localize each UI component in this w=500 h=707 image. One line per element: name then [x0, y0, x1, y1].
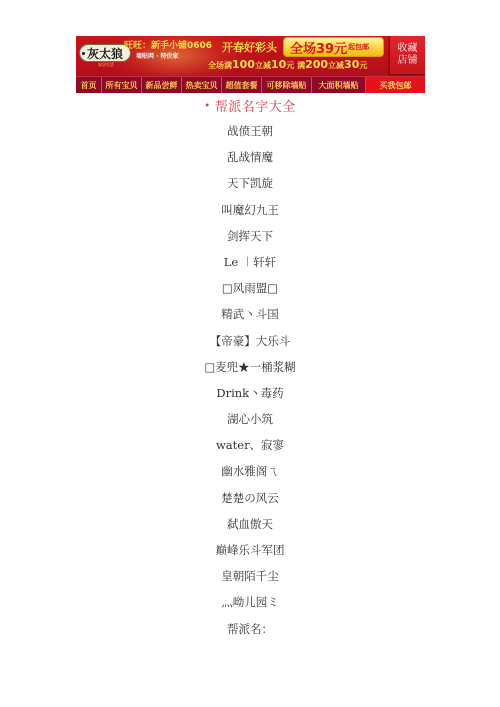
discount-unit-1: 元 满 [286, 61, 305, 70]
list-item: 战偾王朝 [0, 121, 500, 147]
favorite-label-line1: 收藏 [398, 43, 418, 55]
list-item: 剑挥天下 [0, 226, 500, 252]
discount-unit-2: 元 [359, 61, 367, 70]
document-page: 灰太狼 家居生活 旺旺：新手小铺0606 墙贴网 · 特价家 开春好彩头 全场3… [0, 0, 500, 707]
promo-big-text: 全场39元 [290, 38, 347, 57]
list-item: Drink丶毒药 [0, 383, 500, 409]
list-item: 巅峰乐斗军团 [0, 540, 500, 566]
discount-amount-1: 100 [232, 58, 255, 71]
nav-large-stickers[interactable]: 大面积墙贴 [312, 77, 366, 93]
list-item: 帮派名： [0, 619, 500, 645]
list-item: 精武丶斗国 [0, 304, 500, 330]
list-item: 乱战情魔 [0, 147, 500, 173]
list-item: 楚楚の风云 [0, 488, 500, 514]
discount-off-1: 10 [271, 58, 286, 71]
list-item: Le ︱轩轩 [0, 252, 500, 278]
discount-mid-1: 立减 [255, 61, 271, 70]
guild-name-list: 战偾王朝 乱战情魔 天下凯旋 叫魔幻九王 剑挥天下 Le ︱轩轩 □风雨盟□ 精… [0, 121, 500, 645]
list-item: 灬呦儿园ミ [0, 592, 500, 618]
nav-value-packs[interactable]: 超值套餐 [222, 77, 262, 93]
shop-banner[interactable]: 灰太狼 家居生活 旺旺：新手小铺0606 墙贴网 · 特价家 开春好彩头 全场3… [76, 36, 425, 93]
page-title: •帮派名字大全 [0, 96, 500, 115]
logo-dot-icon [82, 52, 85, 55]
free-shipping-badge[interactable]: 全场39元 起包邮 [283, 37, 384, 57]
discount-amount-2: 200 [305, 58, 328, 71]
discount-off-2: 30 [344, 58, 359, 71]
list-item: 天下凯旋 [0, 173, 500, 199]
nav-new-arrivals[interactable]: 新品尝鲜 [142, 77, 182, 93]
title-text: 帮派名字大全 [215, 100, 296, 115]
favorite-label-line2: 店铺 [398, 55, 418, 67]
nav-home[interactable]: 首页 [76, 77, 102, 93]
list-item: 湖心小筑 [0, 409, 500, 435]
list-item: 幽水雅阁ㄟ [0, 461, 500, 487]
nav-all-items[interactable]: 所有宝贝 [102, 77, 142, 93]
list-item: □麦兜★一桶浆糊 [0, 357, 500, 383]
list-item: 【帝豪】大乐斗 [0, 331, 500, 357]
spring-promo-text: 开春好彩头 [222, 39, 277, 55]
list-item: 叫魔幻九王 [0, 200, 500, 226]
nav-free-shipping[interactable]: 买我包邮 [366, 77, 425, 93]
nav-removable-stickers[interactable]: 可移除墙贴 [262, 77, 312, 93]
promo-small-text: 起包邮 [348, 42, 369, 52]
banner-slogan: 旺旺：新手小铺0606 [124, 38, 212, 51]
list-item: water、寂寥 [0, 435, 500, 461]
discount-text: 全场满100立减10元 满200立减30元 [208, 58, 367, 71]
nav-hot-items[interactable]: 热卖宝贝 [182, 77, 222, 93]
discount-prefix: 全场满 [208, 61, 232, 70]
favorite-shop-button[interactable]: 收藏 店铺 [389, 36, 425, 74]
list-item: □风雨盟□ [0, 278, 500, 304]
discount-mid-2: 立减 [328, 61, 344, 70]
bullet-icon: • [204, 101, 210, 112]
list-item: 皇朝陌千尘 [0, 566, 500, 592]
logo-subtitle: 家居生活 [98, 62, 114, 68]
shop-nav: 首页 所有宝贝 新品尝鲜 热卖宝贝 超值套餐 可移除墙贴 大面积墙贴 买我包邮 [76, 76, 425, 93]
list-item: 弑血傲天 [0, 514, 500, 540]
banner-tagline: 墙贴网 · 特价家 [136, 51, 178, 60]
logo-text: 灰太狼 [87, 45, 123, 62]
